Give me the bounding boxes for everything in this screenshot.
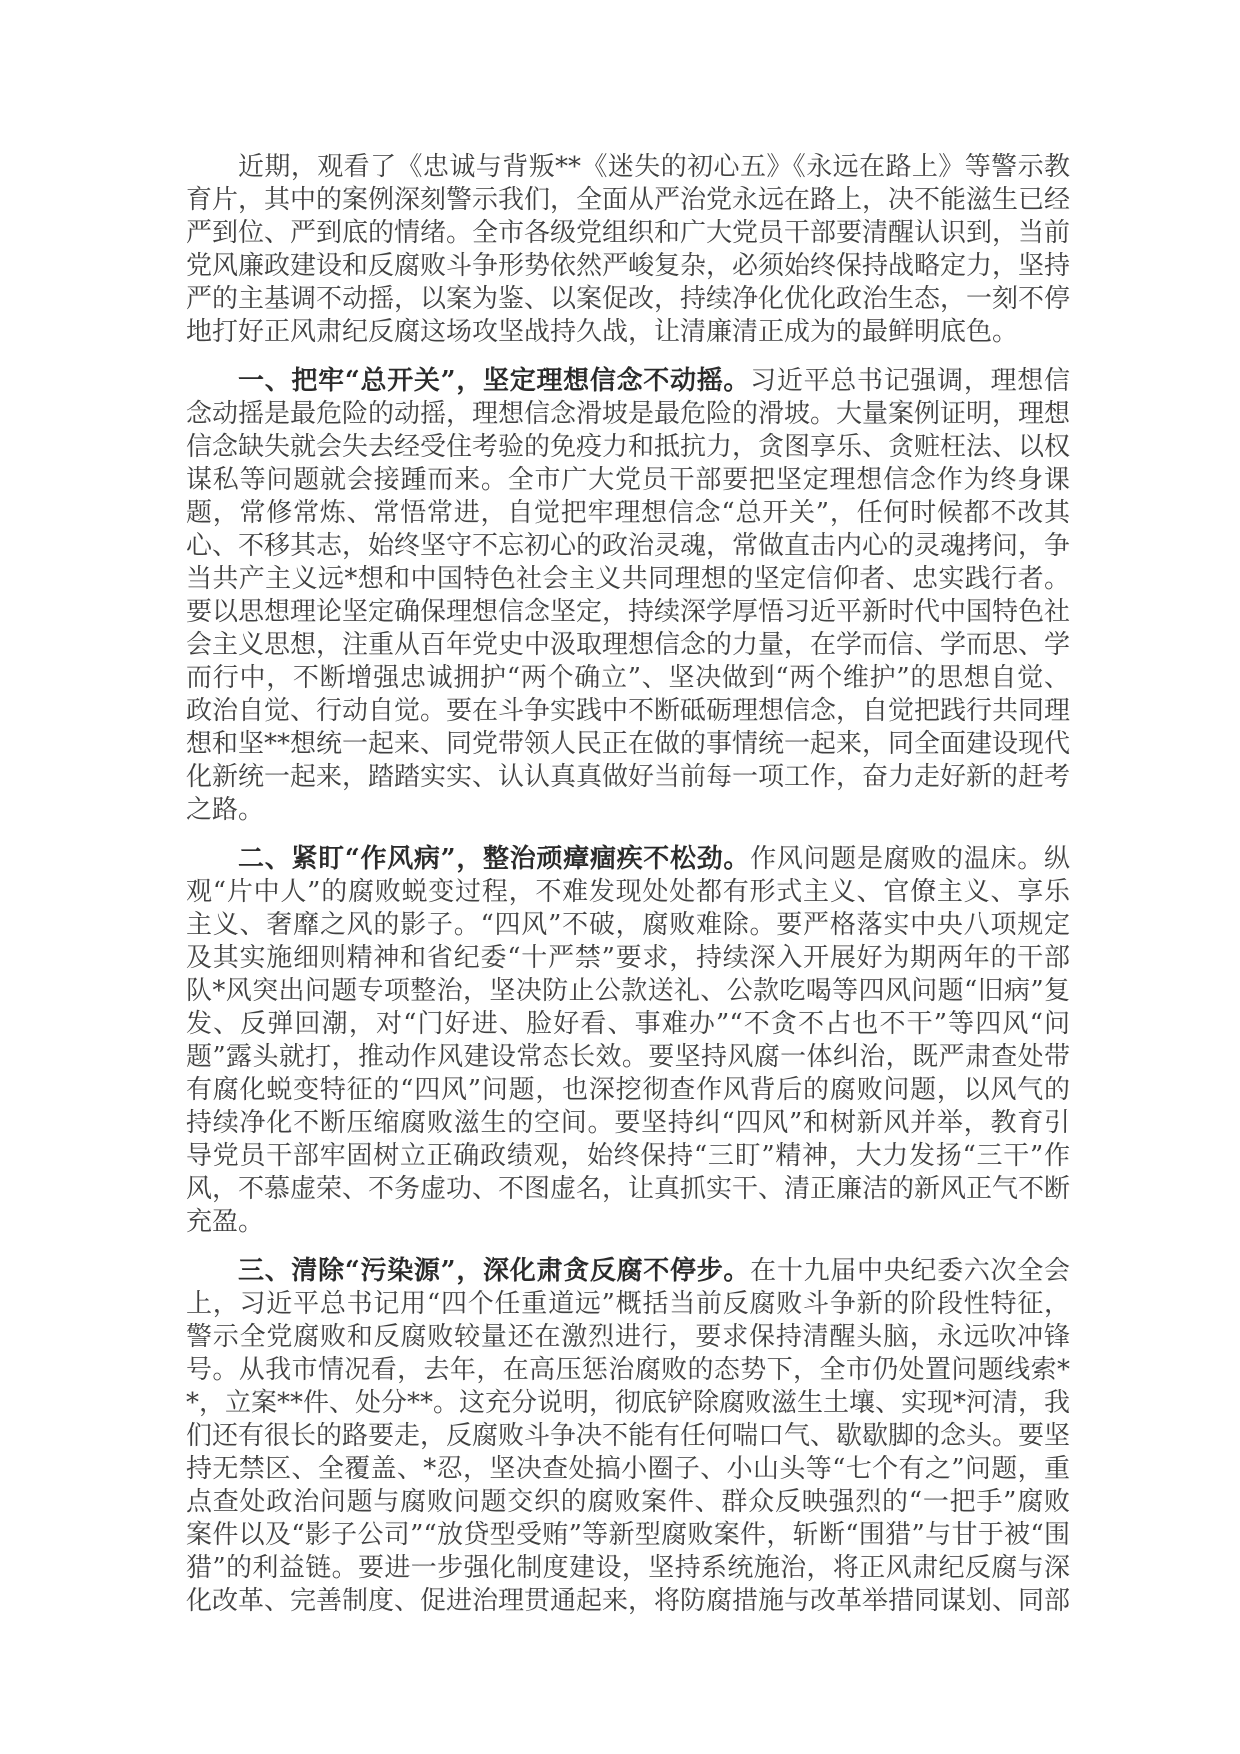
section-2-paragraph: 二、紧盯“作风病”，整治顽瘴痼疾不松劲。作风问题是腐败的温床。纵观“片中人”的腐… — [186, 843, 1070, 1239]
section-3-body: 在十九届中央纪委六次全会上，习近平总书记用“四个任重道远”概括当前反腐败斗争新的… — [186, 1256, 1070, 1616]
intro-paragraph: 近期，观看了《忠诚与背叛**《迷失的初心五》《永远在路上》等警示教育片，其中的案… — [186, 151, 1070, 349]
document-page: 近期，观看了《忠诚与背叛**《迷失的初心五》《永远在路上》等警示教育片，其中的案… — [0, 0, 1240, 1754]
section-1-body: 习近平总书记强调，理想信念动摇是最危险的动摇，理想信念滑坡是最危险的滑坡。大量案… — [186, 366, 1070, 825]
section-1-paragraph: 一、把牢“总开关”，坚定理想信念不动摇。习近平总书记强调，理想信念动摇是最危险的… — [186, 365, 1070, 827]
section-3-heading: 三、清除“污染源”，深化肃贪反腐不停步。 — [238, 1256, 750, 1286]
section-3-paragraph: 三、清除“污染源”，深化肃贪反腐不停步。在十九届中央纪委六次全会上，习近平总书记… — [186, 1255, 1070, 1618]
section-2-heading: 二、紧盯“作风病”，整治顽瘴痼疾不松劲。 — [238, 844, 750, 874]
section-1-heading: 一、把牢“总开关”，坚定理想信念不动摇。 — [238, 366, 750, 396]
document-content: 近期，观看了《忠诚与背叛**《迷失的初心五》《永远在路上》等警示教育片，其中的案… — [186, 151, 1070, 1618]
section-2-body: 作风问题是腐败的温床。纵观“片中人”的腐败蜕变过程，不难发现处处都有形式主义、官… — [186, 844, 1070, 1237]
